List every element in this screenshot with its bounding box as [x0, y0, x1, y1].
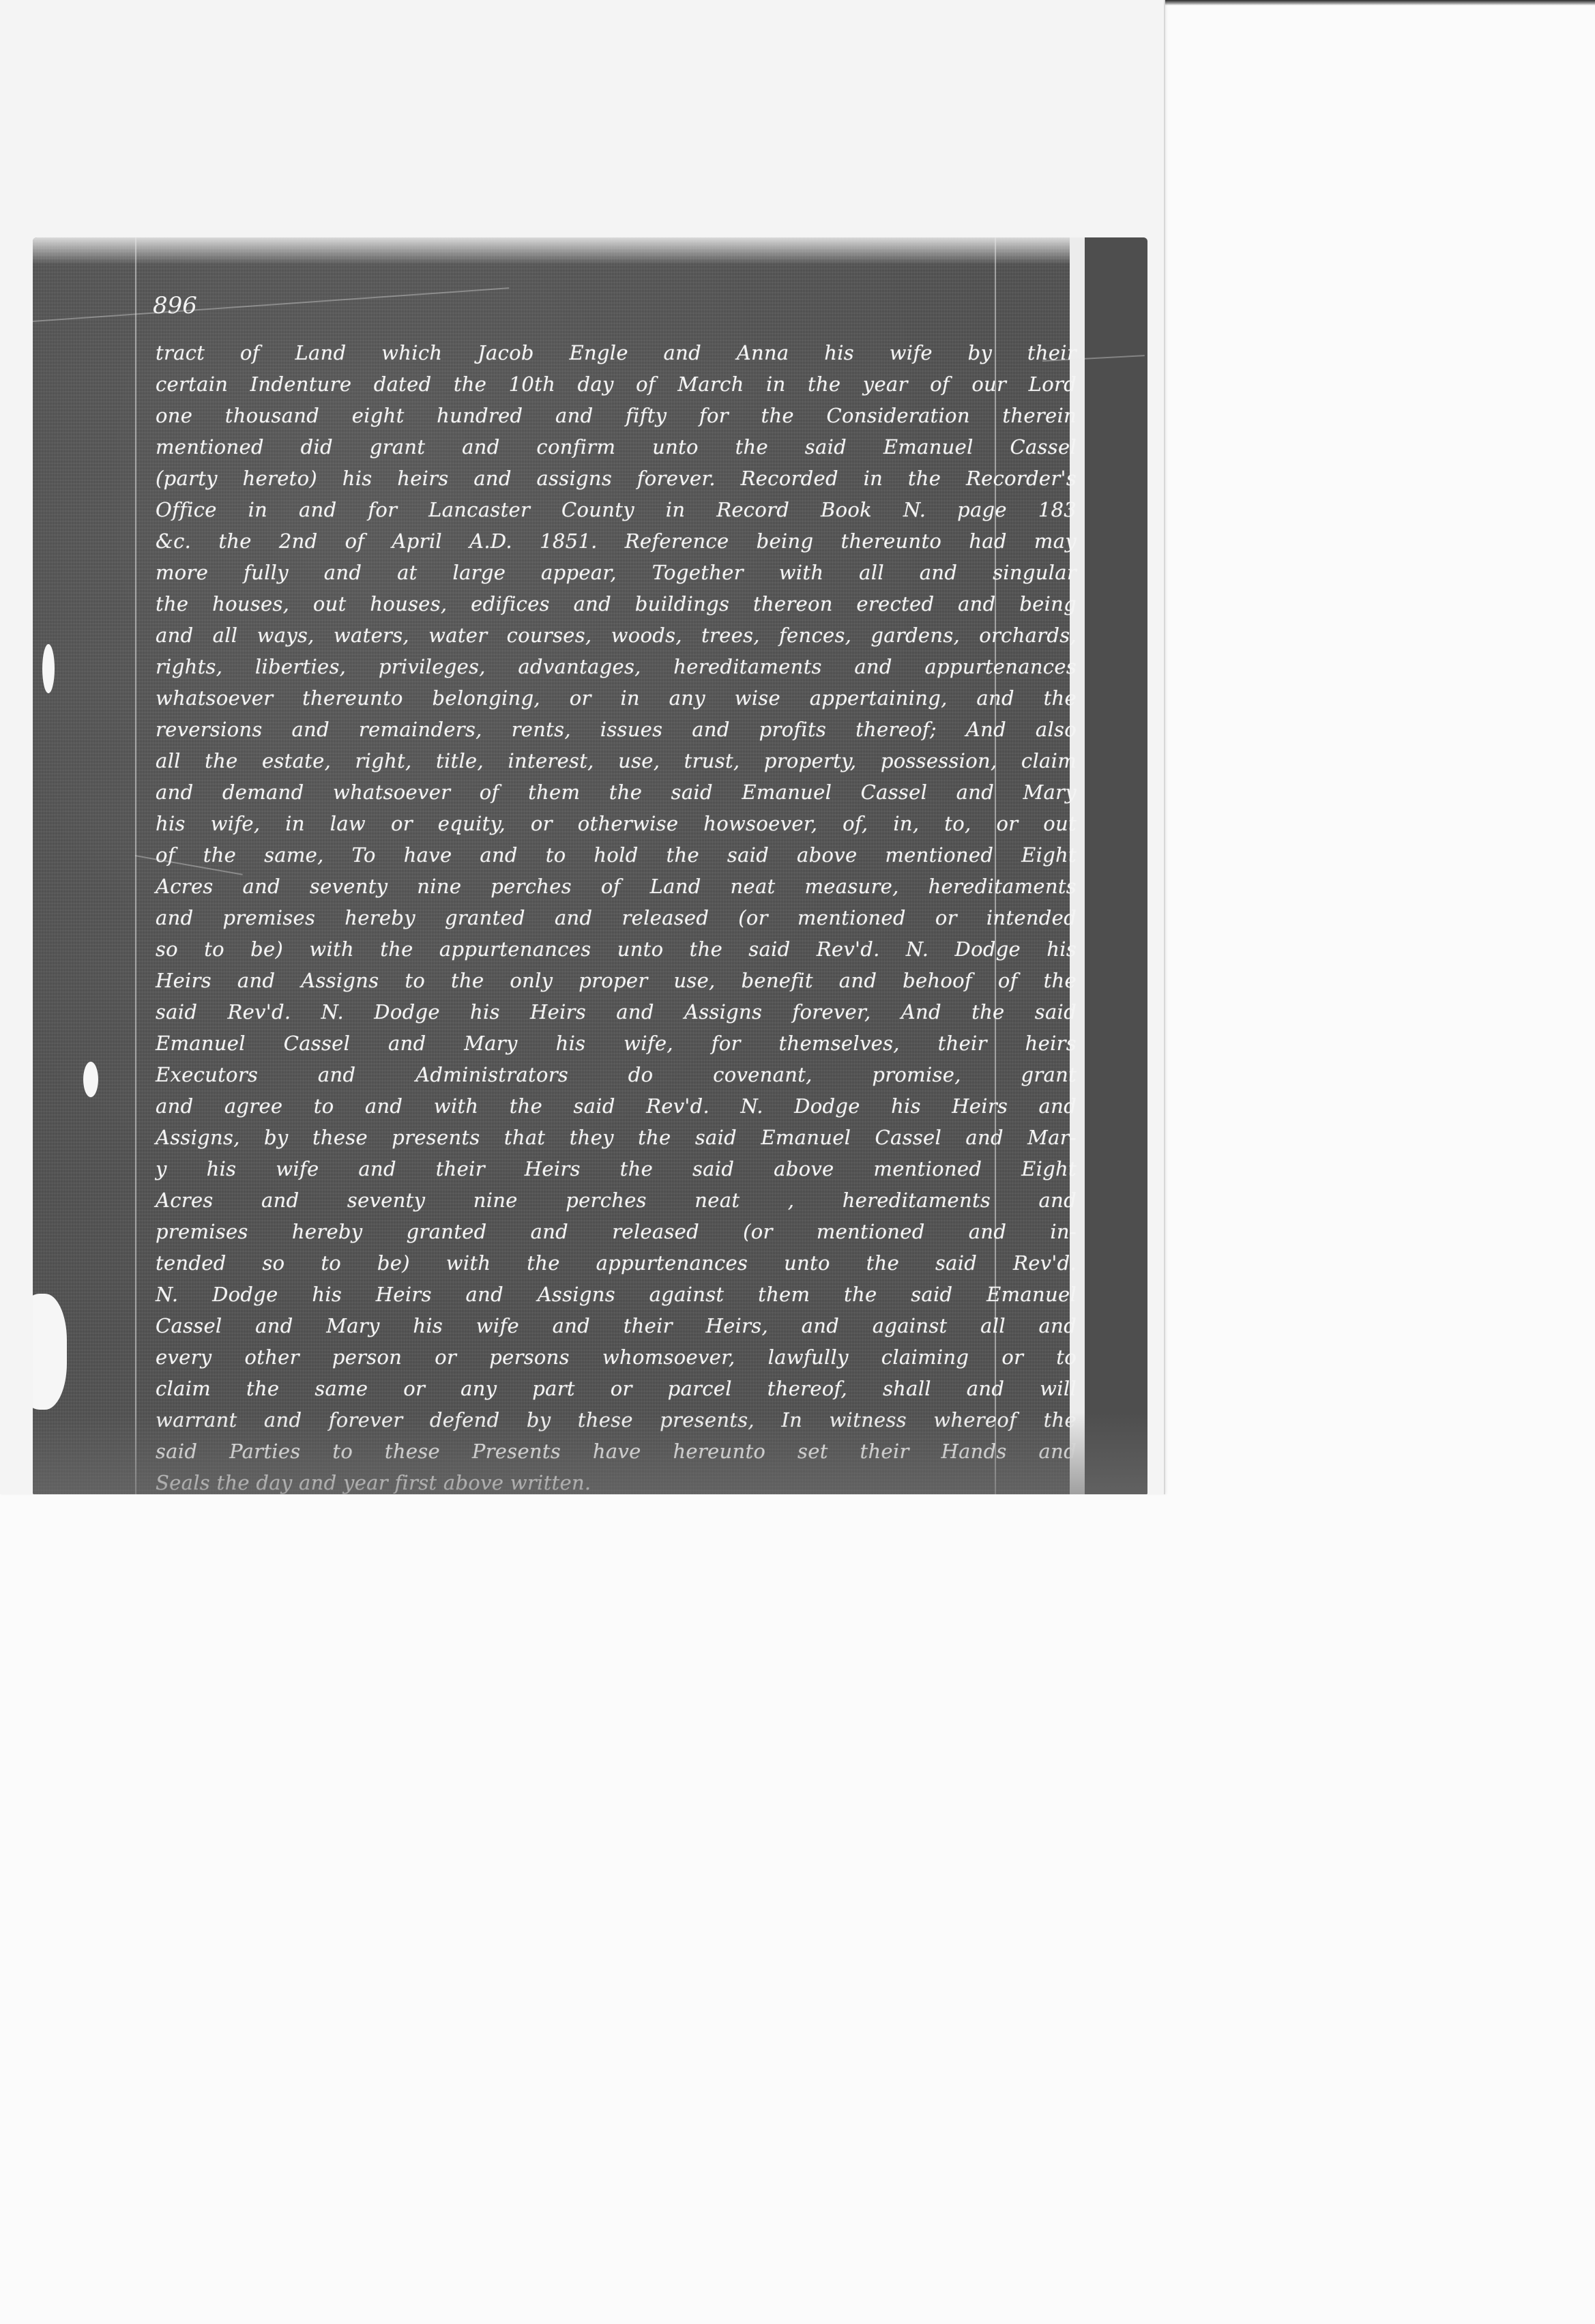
deed-line: his wife, in law or equity, or otherwise…	[156, 808, 1077, 839]
deed-line: and demand whatsoever of them the said E…	[156, 776, 1077, 808]
page-number: 896	[153, 292, 197, 319]
deed-line: of the same, To have and to hold the sai…	[156, 839, 1077, 871]
deed-line: warrant and forever defend by these pres…	[156, 1404, 1077, 1436]
deed-line: said Rev'd. N. Dodge his Heirs and Assig…	[156, 996, 1077, 1028]
deed-line: Acres and seventy nine perches of Land n…	[156, 871, 1077, 902]
paper-flaw	[83, 1062, 98, 1097]
deed-line: and all ways, waters, water courses, woo…	[156, 620, 1077, 651]
deed-line: Executors and Administrators do covenant…	[156, 1059, 1077, 1090]
deed-line: N. Dodge his Heirs and Assigns against t…	[156, 1279, 1077, 1310]
deed-line: and premises hereby granted and released…	[156, 902, 1077, 933]
margin-rule	[135, 237, 136, 1494]
deed-text: tract of Land which Jacob Engle and Anna…	[156, 337, 1077, 1494]
deed-line: mentioned did grant and confirm unto the…	[156, 431, 1077, 463]
paper-tear	[33, 1294, 67, 1410]
deed-line: whatsoever thereunto belonging, or in an…	[156, 682, 1077, 714]
paper-flaw	[42, 644, 55, 693]
deed-line: y his wife and their Heirs the said abov…	[156, 1153, 1077, 1185]
deed-line: the houses, out houses, edifices and bui…	[156, 588, 1077, 620]
deed-line: rights, liberties, privileges, advantage…	[156, 651, 1077, 682]
photostat-document: 896 tract of Land which Jacob Engle and …	[33, 237, 1147, 1494]
deed-line: Emanuel Cassel and Mary his wife, for th…	[156, 1028, 1077, 1059]
deed-line: &c. the 2nd of April A.D. 1851. Referenc…	[156, 525, 1077, 557]
deed-line: Office in and for Lancaster County in Re…	[156, 494, 1077, 525]
deed-line: Seals the day and year first above writt…	[156, 1467, 1077, 1494]
deed-line: tract of Land which Jacob Engle and Anna…	[156, 337, 1077, 368]
deed-line: one thousand eight hundred and fifty for…	[156, 400, 1077, 431]
deed-line: claim the same or any part or parcel the…	[156, 1373, 1077, 1404]
deed-line: all the estate, right, title, interest, …	[156, 745, 1077, 776]
deed-line: premises hereby granted and released (or…	[156, 1216, 1077, 1247]
adjacent-page-strip	[1085, 237, 1147, 1494]
deed-line: reversions and remainders, rents, issues…	[156, 714, 1077, 745]
deed-line: Heirs and Assigns to the only proper use…	[156, 965, 1077, 996]
deed-line: tended so to be) with the appurtenances …	[156, 1247, 1077, 1279]
deed-line: and agree to and with the said Rev'd. N.…	[156, 1090, 1077, 1122]
deed-line: certain Indenture dated the 10th day of …	[156, 368, 1077, 400]
deed-line: Acres and seventy nine perches neat , he…	[156, 1185, 1077, 1216]
deed-line: so to be) with the appurtenances unto th…	[156, 933, 1077, 965]
deed-line: (party hereto) his heirs and assigns for…	[156, 463, 1077, 494]
deed-line: every other person or persons whomsoever…	[156, 1341, 1077, 1373]
scratch-mark	[33, 287, 509, 322]
deed-line: Cassel and Mary his wife and their Heirs…	[156, 1310, 1077, 1341]
deed-line: Assigns, by these presents that they the…	[156, 1122, 1077, 1153]
deed-line: said Parties to these Presents have here…	[156, 1436, 1077, 1467]
deed-line: more fully and at large appear, Together…	[156, 557, 1077, 588]
